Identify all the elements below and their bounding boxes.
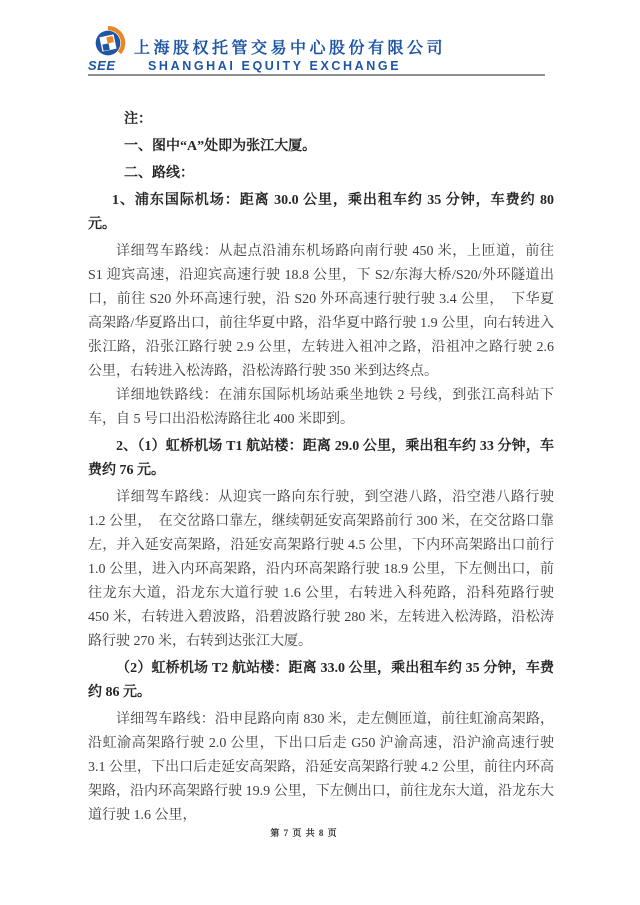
- section-2-heading: 二、路线：: [88, 162, 554, 186]
- route-2-hongqiao-t1-heading: 2、（1）虹桥机场 T1 航站楼：距离 29.0 公里，乘出租车约 33 分钟，…: [88, 435, 554, 483]
- route-1-pudong-heading: 1、浦东国际机场：距离 30.0 公里，乘出租车约 35 分钟，车费约 80 元…: [88, 189, 554, 237]
- route-2-hongqiao-t2-heading: （2）虹桥机场 T2 航站楼：距离 33.0 公里，乘出租车约 35 分钟，车费…: [88, 657, 554, 705]
- note-heading: 注：: [88, 108, 554, 132]
- route-1-metro-paragraph: 详细地铁路线：在浦东国际机场站乘坐地铁 2 号线，到张江高科站下车，自 5 号口…: [88, 384, 554, 432]
- route-2-t1-driving-paragraph: 详细驾车路线：从迎宾一路向东行驶，到空港八路，沿空港八路行驶 1.2 公里， 在…: [88, 486, 554, 654]
- route-1-driving-paragraph: 详细驾车路线：从起点沿浦东机场路向南行驶 450 米，上匝道，前往 S1 迎宾高…: [88, 240, 554, 384]
- company-name-en: SHANGHAI EQUITY EXCHANGE: [148, 59, 401, 73]
- route-2-t2-driving-paragraph: 详细驾车路线：沿申昆路向南 830 米，走左侧匝道，前往虹渝高架路，沿虹渝高架路…: [88, 708, 554, 828]
- document-header: SEE 上海股权托管交易中心股份有限公司 SHANGHAI EQUITY EXC…: [88, 26, 545, 76]
- document-page: SEE 上海股权托管交易中心股份有限公司 SHANGHAI EQUITY EXC…: [0, 0, 640, 905]
- section-1-heading: 一、图中“A”处即为张江大厦。: [88, 135, 554, 159]
- document-body: 注： 一、图中“A”处即为张江大厦。 二、路线： 1、浦东国际机场：距离 30.…: [88, 108, 554, 828]
- company-name-cn: 上海股权托管交易中心股份有限公司: [134, 35, 446, 58]
- see-logo-icon: [90, 26, 126, 60]
- logo-acronym: SEE: [88, 58, 116, 73]
- page-number-footer: 第 7 页 共 8 页: [0, 826, 608, 839]
